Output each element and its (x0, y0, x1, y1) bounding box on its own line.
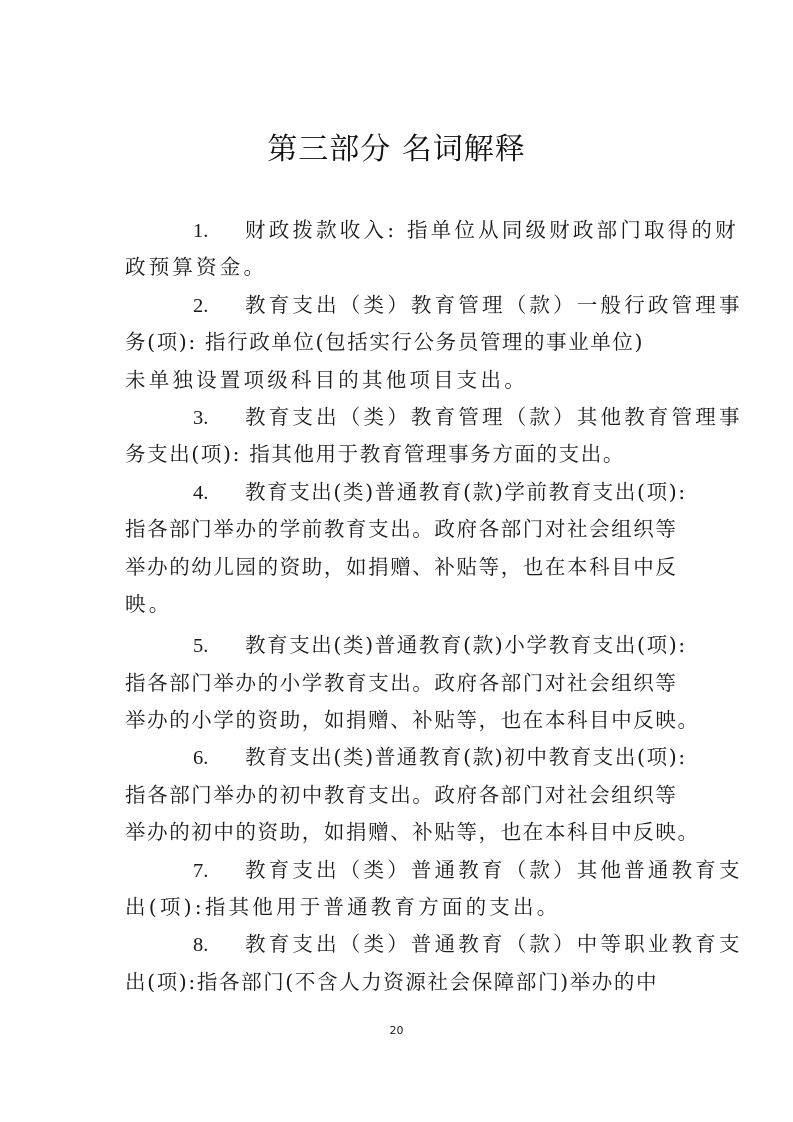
item-number: 8. (193, 927, 245, 964)
item-text-line: 教育支出（类）教育管理（款）其他教育管理事 (245, 405, 743, 429)
definition-item-5: 5.教育支出(类)普通教育(款)小学教育支出(项): 指各部门举办的小学教育支出… (125, 627, 685, 739)
item-text-line: 举办的初中的资助，如捐赠、补贴等，也在本科目中反映。 (125, 814, 685, 851)
definition-item-4: 4.教育支出(类)普通教育(款)学前教育支出(项): 指各部门举办的学前教育支出… (125, 474, 685, 624)
item-text-line: 出(项):指其他用于普通教育方面的支出。 (125, 889, 685, 926)
item-number: 2. (193, 288, 245, 325)
definitions-list: 1.财政拨款收入: 指单位从同级财政部门取得的财 政预算资金。 2.教育支出（类… (125, 212, 685, 1001)
item-text-line: 教育支出（类）普通教育（款）中等职业教育支 (245, 932, 743, 956)
definition-item-8: 8.教育支出（类）普通教育（款）中等职业教育支 出(项):指各部门(不含人力资源… (125, 926, 685, 1001)
definition-item-7: 7.教育支出（类）普通教育（款）其他普通教育支 出(项):指其他用于普通教育方面… (125, 852, 685, 927)
item-text-line: 举办的小学的资助，如捐赠、补贴等，也在本科目中反映。 (125, 702, 685, 739)
definition-item-6: 6.教育支出(类)普通教育(款)初中教育支出(项): 指各部门举办的初中教育支出… (125, 739, 685, 851)
item-text-line: 指各部门举办的学前教育支出。政府各部门对社会组织等 (125, 511, 685, 548)
item-text-line: 未单独设置项级科目的其他项目支出。 (125, 362, 685, 399)
item-text-line: 举办的幼儿园的资助，如捐赠、补贴等，也在本科目中反 (125, 549, 685, 586)
item-text-line: 出(项):指各部门(不含人力资源社会保障部门)举办的中 (125, 964, 685, 1001)
definition-item-3: 3.教育支出（类）教育管理（款）其他教育管理事 务支出(项): 指其他用于教育管… (125, 399, 685, 474)
item-text-line: 务支出(项): 指其他用于教育管理事务方面的支出。 (125, 436, 685, 473)
page-title: 第三部分 名词解释 (0, 130, 793, 170)
definition-item-2: 2.教育支出（类）教育管理（款）一般行政管理事 务(项): 指行政单位(包括实行… (125, 287, 685, 399)
item-text-line: 财政拨款收入: 指单位从同级财政部门取得的财 (245, 218, 739, 242)
item-text-line: 务(项): 指行政单位(包括实行公务员管理的事业单位) (125, 324, 685, 361)
item-number: 3. (193, 400, 245, 437)
page-number: 20 (0, 1024, 793, 1037)
item-text-line: 教育支出(类)普通教育(款)初中教育支出(项): (245, 745, 687, 769)
item-text-line: 指各部门举办的初中教育支出。政府各部门对社会组织等 (125, 777, 685, 814)
item-number: 6. (193, 740, 245, 777)
item-text-line: 教育支出(类)普通教育(款)学前教育支出(项): (245, 480, 687, 504)
definition-item-1: 1.财政拨款收入: 指单位从同级财政部门取得的财 政预算资金。 (125, 212, 685, 287)
item-number: 7. (193, 853, 245, 890)
item-text-line: 指各部门举办的小学教育支出。政府各部门对社会组织等 (125, 665, 685, 702)
item-text-line: 映。 (125, 586, 685, 623)
item-text-line: 教育支出（类）教育管理（款）一般行政管理事 (245, 293, 743, 317)
item-text-line: 教育支出（类）普通教育（款）其他普通教育支 (245, 858, 743, 882)
item-text-line: 教育支出(类)普通教育(款)小学教育支出(项): (245, 633, 687, 657)
item-text-line: 政预算资金。 (125, 249, 685, 286)
item-number: 1. (193, 213, 245, 250)
item-number: 4. (193, 475, 245, 512)
item-number: 5. (193, 628, 245, 665)
